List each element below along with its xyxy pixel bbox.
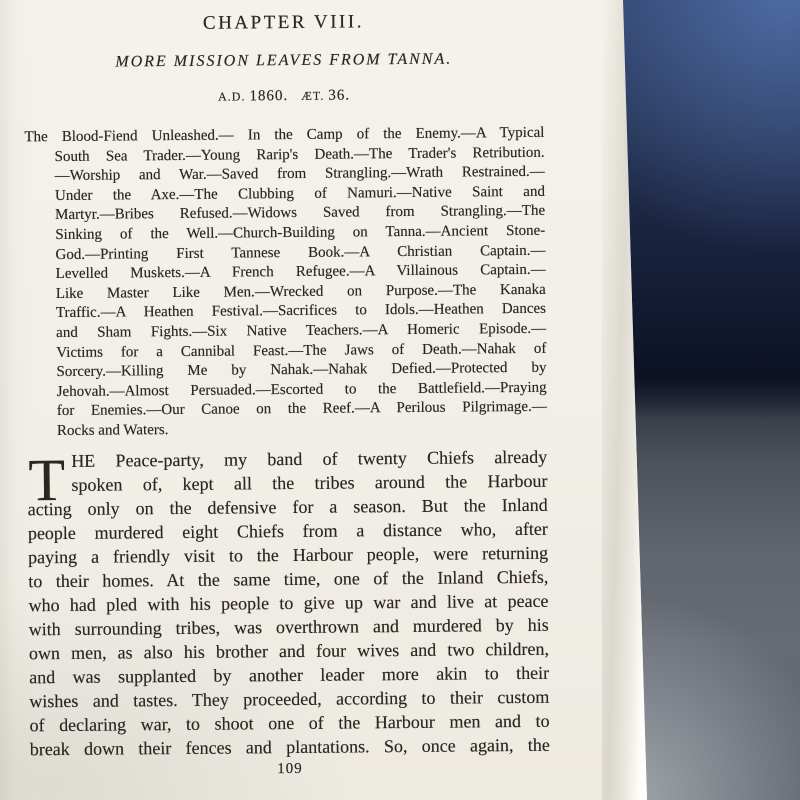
chapter-heading: CHAPTER VIII.	[23, 10, 543, 37]
summary-line: Rocks and Waters.	[57, 418, 547, 442]
dateline-aet: ÆT.	[301, 89, 324, 103]
book-photo: CHAPTER VIII. MORE MISSION LEAVES FROM T…	[0, 0, 800, 800]
page-number: 109	[30, 759, 550, 781]
dateline: A.D. 1860.ÆT. 36.	[24, 85, 544, 108]
chapter-subtitle: MORE MISSION LEAVES FROM TANNA.	[24, 50, 544, 73]
drop-cap: T	[28, 450, 65, 510]
body-paragraph: T HE Peace-party, my band of twenty Chie…	[27, 445, 550, 762]
dateline-ad: A.D.	[218, 89, 245, 103]
chapter-summary: The Blood-Fiend Unleashed.— In the Camp …	[24, 124, 547, 442]
dateline-age: 36.	[328, 87, 350, 103]
dateline-year: 1860.	[249, 88, 288, 104]
body-line: break down their fences and plantations.…	[30, 733, 550, 762]
